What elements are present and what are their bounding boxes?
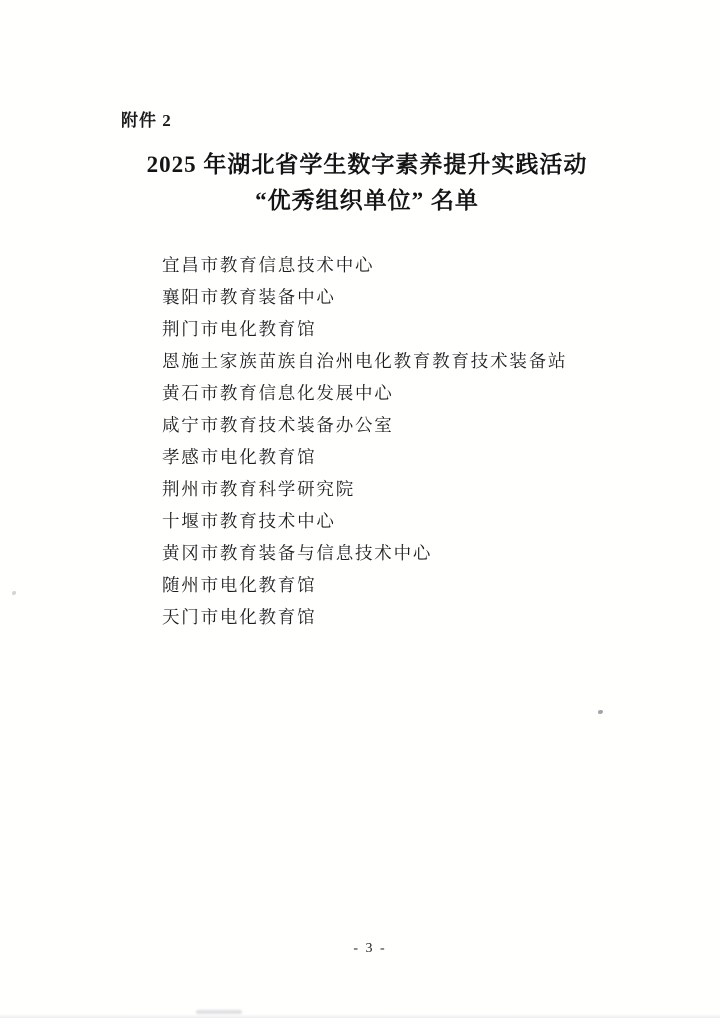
scan-speck — [12, 591, 16, 595]
list-item: 孝感市电化教育馆 — [162, 441, 642, 473]
attachment-label: 附件 2 — [121, 106, 172, 131]
list-item: 荆州市教育科学研究院 — [162, 473, 642, 505]
list-item: 随州市电化教育馆 — [162, 569, 642, 601]
list-item: 天门市电化教育馆 — [162, 601, 642, 633]
scan-speck — [598, 710, 603, 714]
scan-edge-shadow — [0, 1014, 720, 1018]
list-item: 荆门市电化教育馆 — [162, 313, 642, 345]
list-item: 黄冈市教育装备与信息技术中心 — [162, 537, 642, 569]
list-item: 宜昌市教育信息技术中心 — [162, 249, 642, 281]
page-number: - 3 - — [0, 941, 720, 957]
list-item: 黄石市教育信息化发展中心 — [162, 377, 642, 409]
list-item: 恩施土家族苗族自治州电化教育教育技术装备站 — [162, 345, 642, 377]
document-page: 附件 2 2025 年湖北省学生数字素养提升实践活动 “优秀组织单位” 名单 宜… — [0, 0, 720, 1018]
list-item: 襄阳市教育装备中心 — [162, 281, 642, 313]
list-item: 咸宁市教育技术装备办公室 — [162, 409, 642, 441]
document-title-line1: 2025 年湖北省学生数字素养提升实践活动 — [14, 147, 720, 183]
document-title-line2: “优秀组织单位” 名单 — [14, 183, 720, 219]
organization-list: 宜昌市教育信息技术中心襄阳市教育装备中心荆门市电化教育馆恩施土家族苗族自治州电化… — [162, 249, 642, 633]
list-item: 十堰市教育技术中心 — [162, 505, 642, 537]
document-title: 2025 年湖北省学生数字素养提升实践活动 “优秀组织单位” 名单 — [0, 147, 720, 219]
